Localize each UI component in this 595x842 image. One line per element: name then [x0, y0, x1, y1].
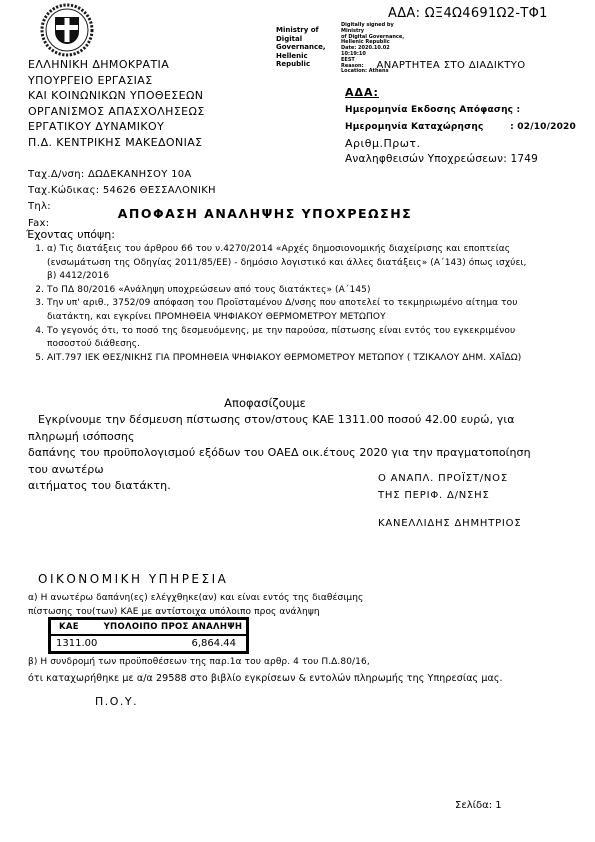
financial-b-line2: ότι καταχωρήθηκε με α/α 29588 στο βιβλίο… [28, 673, 503, 684]
hellenic-republic-emblem-icon [38, 3, 96, 62]
postal-address: Ταχ.Δ/νση: ΔΩΔΕΚΑΝΗΣΟΥ 10Α [28, 167, 216, 183]
org-line: ΚΑΙ ΚΟΙΝΩΝΙΚΩΝ ΥΠΟΘΕΣΕΩΝ [28, 88, 205, 104]
issue-date-label: Ημερομηνία Εκδοσης Απόφασης : [345, 105, 520, 115]
document-title: ΑΠΟΦΑΣΗ ΑΝΑΛΗΨΗΣ ΥΠΟΧΡΕΩΣΗΣ [0, 206, 530, 221]
table-header-row: ΚΑΕ ΥΠΟΛΟΙΠΟ ΠΡΟΣ ΑΝΑΛΗΨΗ [50, 619, 248, 636]
contact-details: Ταχ.Δ/νση: ΔΩΔΕΚΑΝΗΣΟΥ 10Α Ταχ.Κώδικας: … [28, 167, 216, 232]
having-regard-list: α) Τις διατάξεις του άρθρου 66 του ν.427… [30, 243, 587, 365]
having-item: Το ΠΔ 80/2016 «Ανάληψη υποχρεώσεων από τ… [47, 284, 587, 298]
balance-value: 6,864.44 [100, 635, 248, 653]
kae-value: 1311.00 [50, 635, 100, 653]
ada-code: ΑΔΑ: ΩΞ4Ω4691Ω2-ΤΦ1 [388, 6, 548, 21]
having-regard-label: Έχοντας υπόψη: [26, 228, 115, 241]
org-line: ΟΡΓΑΝΙΣΜΟΣ ΑΠΑΣΧΟΛΗΣΕΩΣ [28, 104, 205, 120]
org-line: Π.Δ. ΚΕΝΤΡΙΚΗΣ ΜΑΚΕΔΟΝΙΑΣ [28, 135, 205, 151]
org-line: ΕΡΓΑΤΙΚΟΥ ΔΥΝΑΜΙΚΟΥ [28, 119, 205, 135]
digital-signature-authority: Ministry of Digital Governance, Hellenic… [276, 26, 338, 69]
balance-column-header: ΥΠΟΛΟΙΠΟ ΠΡΟΣ ΑΝΑΛΗΨΗ [100, 619, 248, 636]
postal-code: Ταχ.Κώδικας: 54626 ΘΕΣΣΑΛΟΝΙΚΗ [28, 183, 216, 199]
financial-check-line1: α) Η ανωτέρω δαπάνη(ες) ελέγχθηκε(αν) κα… [28, 593, 363, 603]
kae-column-header: ΚΑΕ [50, 619, 100, 636]
org-line: ΕΛΛΗΝΙΚΗ ΔΗΜΟΚΡΑΤΙΑ [28, 57, 205, 73]
poy-signature-label: Π.Ο.Υ. [95, 695, 138, 708]
decision-heading: Αποφασίζουμε [0, 396, 530, 410]
financial-service-heading: ΟΙΚΟΝΟΜΙΚΗ ΥΠΗΡΕΣΙΑ [38, 572, 228, 586]
document-page: ΑΔΑ: ΩΞ4Ω4691Ω2-ΤΦ1 Ministry of Digital … [0, 0, 595, 842]
ada-label: ΑΔΑ: [345, 86, 379, 99]
having-item: α) Τις διατάξεις του άρθρου 66 του ν.427… [47, 243, 587, 284]
kae-balance-table: ΚΑΕ ΥΠΟΛΟΙΠΟ ΠΡΟΣ ΑΝΑΛΗΨΗ 1311.00 6,864.… [48, 617, 249, 654]
having-item: Το γεγονός ότι, το ποσό της δεσμευόμενης… [47, 325, 587, 352]
financial-check-line2: πίστωσης του(των) ΚΑΕ με αντίστοιχα υπόλ… [28, 607, 320, 617]
obligations-number: Αναληφθεισών Υποχρεώσεων: 1749 [345, 153, 538, 165]
signatory-name: ΚΑΝΕΛΛΙΔΗΣ ΔΗΜΗΤΡΙΟΣ [378, 518, 521, 529]
anartitea-note: ΑΝΑΡΤΗΤΕΑ ΣΤΟ ΔΙΑΔΙΚΤΥΟ [345, 60, 557, 71]
signatory-role-line1: Ο ΑΝΑΠΛ. ΠΡΟΪΣΤ/ΝΟΣ [378, 473, 508, 484]
financial-b-line1: β) Η συνδρομή των προϋποθέσεων της παρ.1… [28, 657, 370, 667]
having-item: ΑΙΤ.797 ΙΕΚ ΘΕΣ/ΝΙΚΗΣ ΓΙΑ ΠΡΟΜΗΘΕΙΑ ΨΗΦΙ… [47, 352, 587, 366]
register-date: Ημερομηνία Καταχώρησης : 02/10/2020 [345, 122, 576, 132]
page-number: Σελίδα: 1 [455, 800, 502, 811]
protocol-number-label: Αριθμ.Πρωτ. [345, 137, 421, 150]
table-row: 1311.00 6,864.44 [50, 635, 248, 653]
issuing-organisation: ΕΛΛΗΝΙΚΗ ΔΗΜΟΚΡΑΤΙΑ ΥΠΟΥΡΓΕΙΟ ΕΡΓΑΣΙΑΣ Κ… [28, 57, 205, 151]
signatory-role-line2: ΤΗΣ ΠΕΡΙΦ. Δ/ΝΣΗΣ [378, 490, 490, 501]
having-item: Την υπ' αριθ., 3752/09 απόφαση του Προϊσ… [47, 297, 587, 324]
org-line: ΥΠΟΥΡΓΕΙΟ ΕΡΓΑΣΙΑΣ [28, 73, 205, 89]
